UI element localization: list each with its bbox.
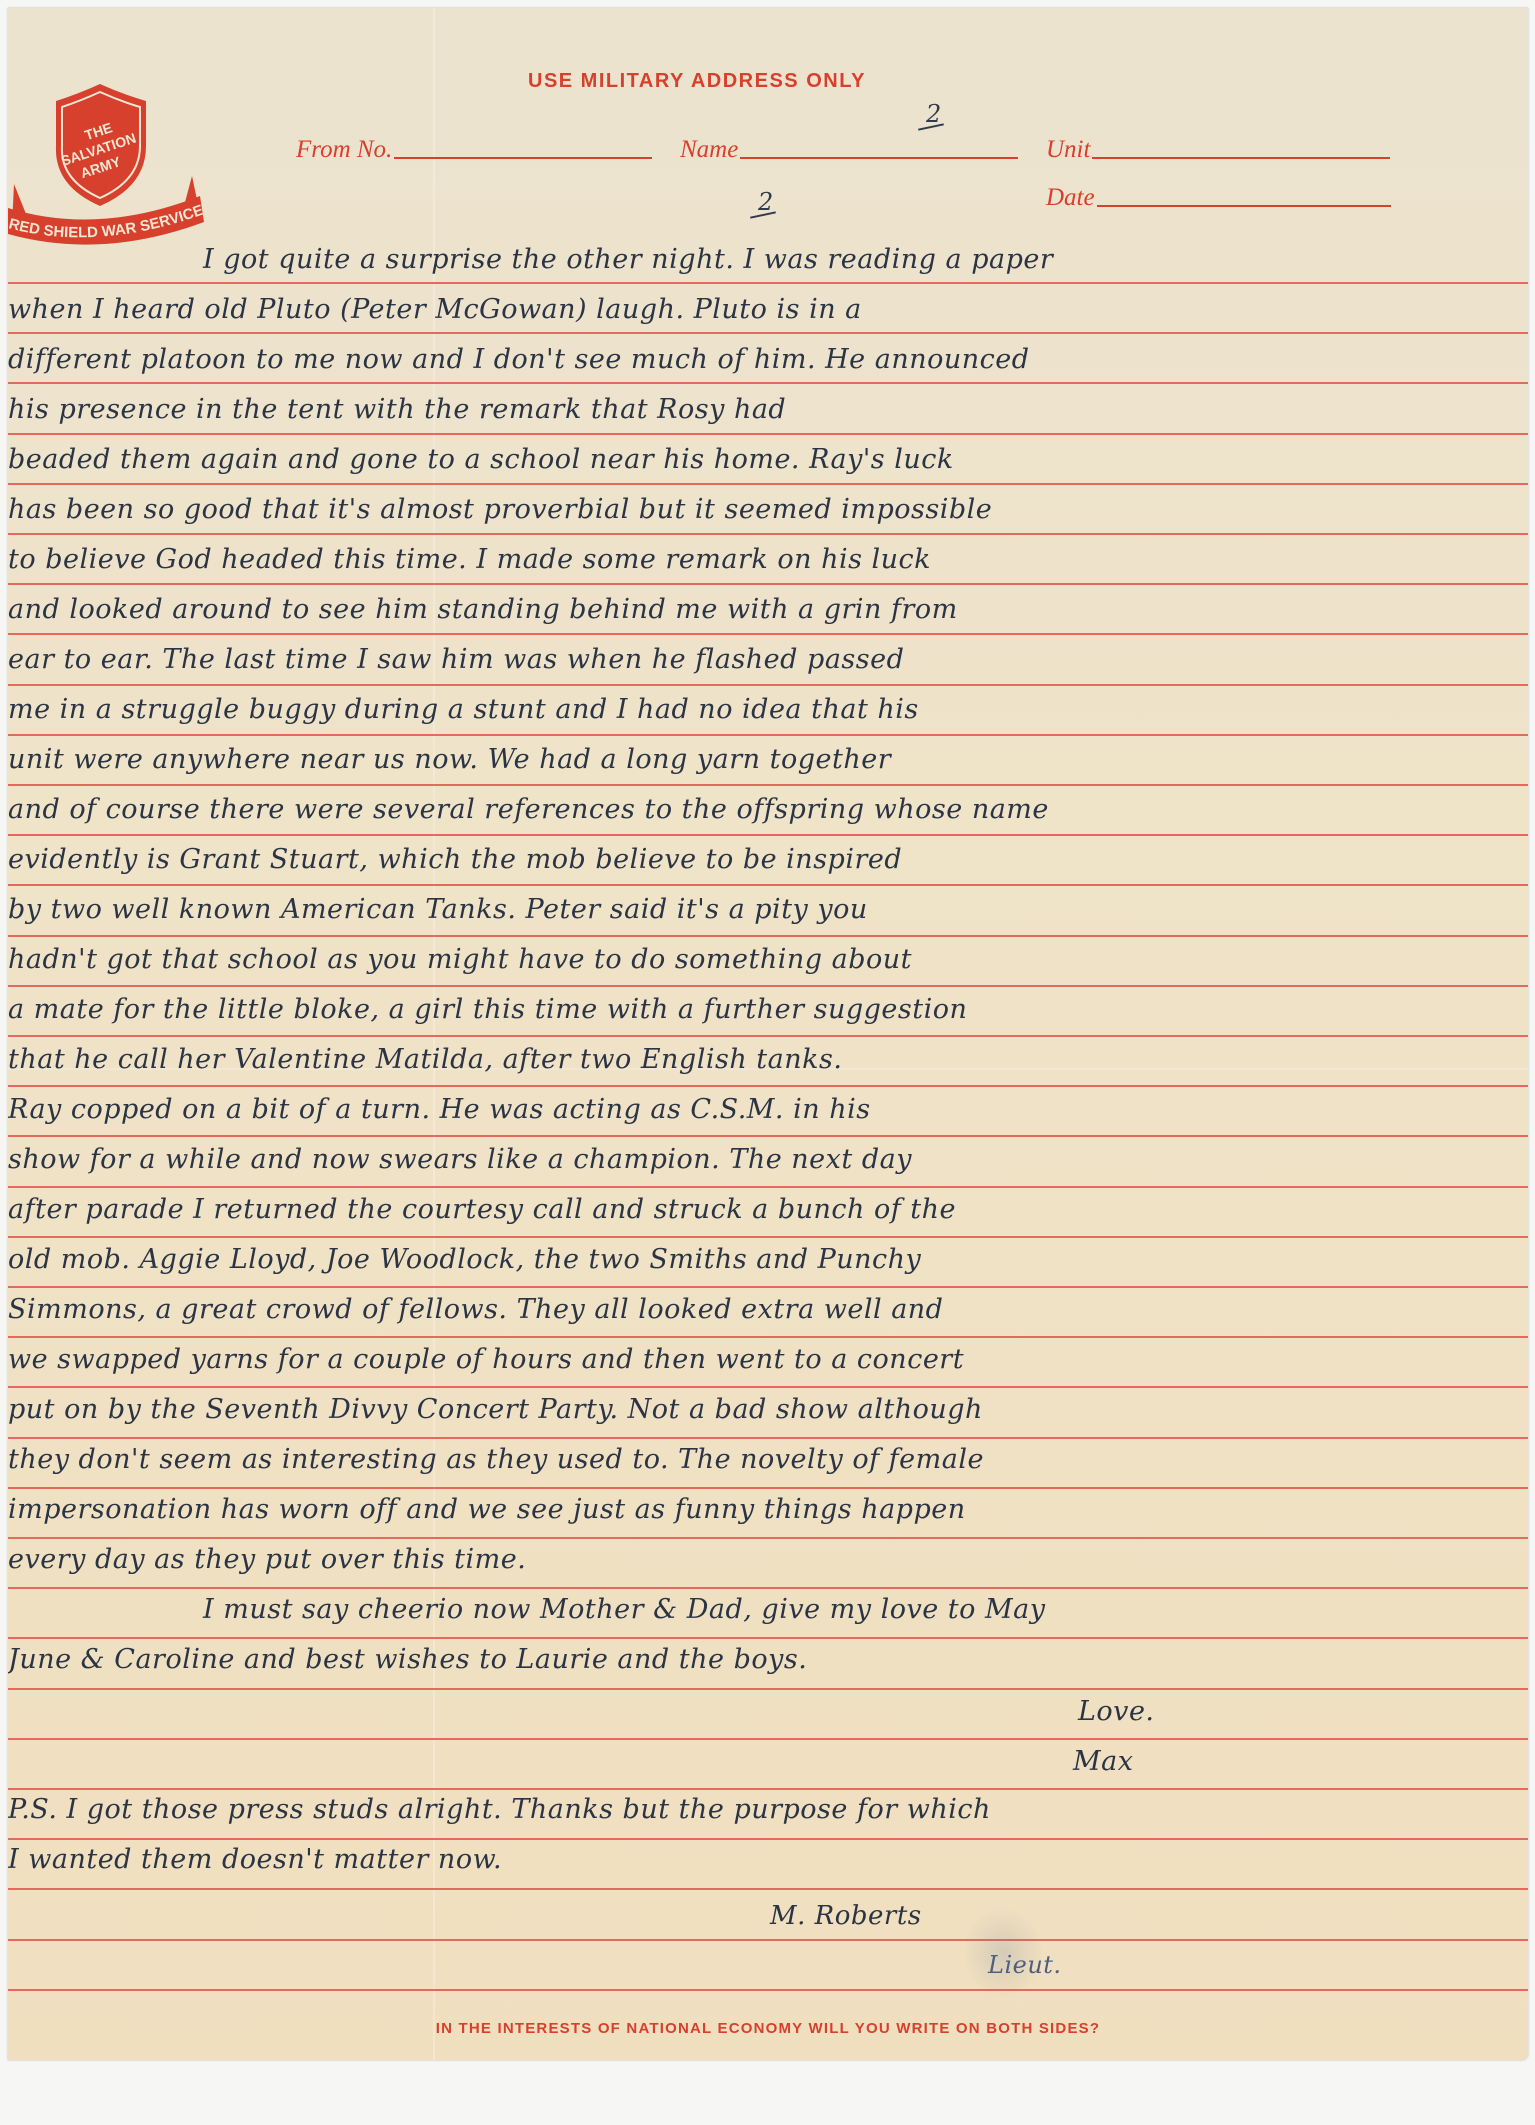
letter-line: and of course there were several referen… [8,796,1049,823]
letter-line: his presence in the tent with the remark… [8,396,786,423]
date-label: Date [1046,184,1095,212]
ruled-line [8,1336,1528,1338]
ruled-line [8,1286,1528,1288]
ruled-line [8,684,1528,686]
letter-line: to believe God headed this time. I made … [8,546,931,573]
military-address-heading: USE MILITARY ADDRESS ONLY [528,70,866,93]
closing-line: I must say cheerio now Mother & Dad, giv… [203,1596,1045,1623]
letter-line: beaded them again and gone to a school n… [8,446,954,473]
letter-sheet: THE SALVATION ARMY RED SHIELD WAR SERVIC… [8,8,1528,2060]
ruled-line [8,985,1528,987]
ruled-line [8,1888,1528,1890]
ruled-line [8,1437,1528,1439]
letter-line: evidently is Grant Stuart, which the mob… [8,846,902,873]
from-no-label: From No. [296,136,392,164]
letter-line: put on by the Seventh Divvy Concert Part… [8,1396,983,1423]
ruled-line [8,1487,1528,1489]
letter-line: Simmons, a great crowd of fellows. They … [8,1296,943,1323]
ruled-line [8,1135,1528,1137]
letter-line: me in a struggle buggy during a stunt an… [8,696,919,723]
signature-name: Max [1073,1748,1133,1775]
letter-line: after parade I returned the courtesy cal… [8,1196,956,1223]
date-field: Date [1046,184,1391,212]
letter-line: every day as they put over this time. [8,1546,526,1573]
unit-line [1092,157,1390,159]
letter-line: unit were anywhere near us now. We had a… [8,746,891,773]
from-no-line [394,157,652,159]
ruled-line [8,1236,1528,1238]
letter-line: show for a while and now swears like a c… [8,1146,912,1173]
ruled-line [8,1085,1528,1087]
ruled-line [8,1386,1528,1388]
letter-line: impersonation has worn off and we see ju… [8,1496,966,1523]
censor-signature: M. Roberts [770,1903,922,1929]
ruled-line [8,1989,1528,1991]
salvation-army-shield-logo: THE SALVATION ARMY RED SHIELD WAR SERVIC… [8,76,208,246]
letter-line: that he call her Valentine Matilda, afte… [8,1046,842,1073]
ruled-line [8,1838,1528,1840]
ruled-line [8,633,1528,635]
from-no-field: From No. [296,136,652,164]
letter-line: Ray copped on a bit of a turn. He was ac… [8,1096,871,1123]
letter-line: ear to ear. The last time I saw him was … [8,646,904,673]
ruled-line [8,834,1528,836]
letter-line: I got quite a surprise the other night. … [203,246,1053,273]
letter-line: a mate for the little bloke, a girl this… [8,996,967,1023]
valediction: Love. [1078,1698,1155,1725]
letter-line: hadn't got that school as you might have… [8,946,912,973]
ruled-line [8,533,1528,535]
ruled-line [8,1939,1528,1941]
unit-label: Unit [1046,136,1090,164]
letter-line: different platoon to me now and I don't … [8,346,1030,373]
ruled-line [8,332,1528,334]
date-line [1097,205,1391,207]
letter-line: old mob. Aggie Lloyd, Joe Woodlock, the … [8,1246,921,1273]
postscript-line: I wanted them doesn't matter now. [8,1846,502,1873]
censor-rank: Lieut. [988,1953,1062,1977]
ruled-line [8,1637,1528,1639]
ruled-line [8,382,1528,384]
letter-line: by two well known American Tanks. Peter … [8,896,868,923]
closing-line: June & Caroline and best wishes to Lauri… [8,1646,807,1673]
ruled-line [8,734,1528,736]
letter-line: we swapped yarns for a couple of hours a… [8,1346,964,1373]
ruled-line [8,1186,1528,1188]
ruled-line [8,1035,1528,1037]
ruled-line [8,784,1528,786]
letter-line: they don't seem as interesting as they u… [8,1446,984,1473]
ruled-line [8,483,1528,485]
letter-line: when I heard old Pluto (Peter McGowan) l… [8,296,862,323]
ruled-line [8,282,1528,284]
ruled-line [8,884,1528,886]
name-field: Name [680,136,1018,164]
ruled-line [8,583,1528,585]
ruled-line [8,1688,1528,1690]
name-line [740,157,1018,159]
unit-field: Unit [1046,136,1390,164]
letter-line: and looked around to see him standing be… [8,596,958,623]
ruled-line [8,433,1528,435]
page-number-mark: 2 [926,100,944,128]
postscript-line: P.S. I got those press studs alright. Th… [8,1796,991,1823]
economy-footer-notice: IN THE INTERESTS OF NATIONAL ECONOMY WIL… [8,2020,1528,2037]
ruled-line [8,935,1528,937]
letter-line: has been so good that it's almost prover… [8,496,992,523]
ruled-line [8,1587,1528,1589]
ruled-line [8,1537,1528,1539]
ruled-line [8,1788,1528,1790]
name-label: Name [680,136,738,164]
page-number-mark: 2 [758,188,776,216]
ruled-line [8,1738,1528,1740]
